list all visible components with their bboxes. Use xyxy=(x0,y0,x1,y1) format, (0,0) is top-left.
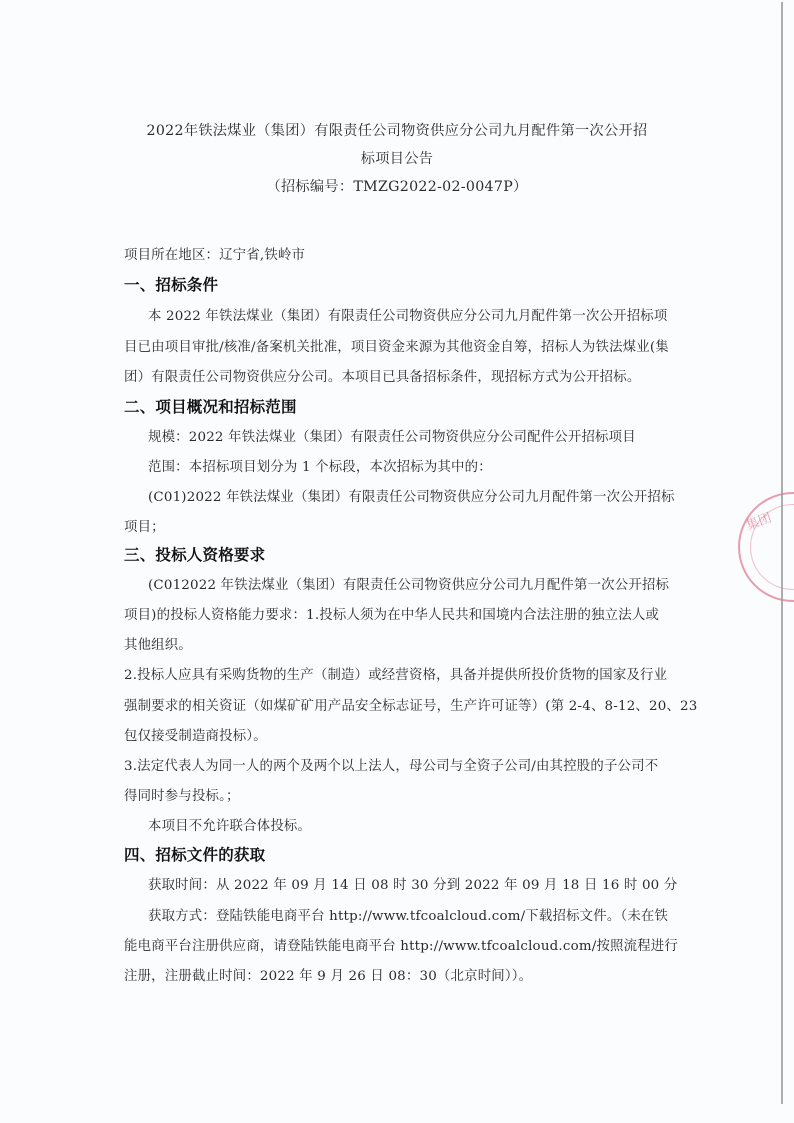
section-1-line: 目已由项目审批/核准/备案机关批准，项目资金来源为其他资金自筹，招标人为铁法煤业… xyxy=(124,338,656,358)
section-4-line: 获取方式：登陆铁能电商平台 http://www.tfcoalcloud.com… xyxy=(148,907,656,927)
section-heading-bidder-qualifications: 三、投标人资格要求 xyxy=(124,545,656,565)
document-page: 2022年铁法煤业（集团）有限责任公司物资供应分公司九月配件第一次公开招 标项目… xyxy=(0,0,794,1123)
section-2-line: 规模：2022 年铁法煤业（集团）有限责任公司物资供应分公司配件公开招标项目 xyxy=(148,428,656,448)
section-2-line: 项目； xyxy=(124,518,656,538)
project-location: 项目所在地区：辽宁省,铁岭市 xyxy=(124,246,656,266)
section-3-line: 本项目不允许联合体投标。 xyxy=(148,817,656,837)
scan-edge-line xyxy=(781,2,783,1104)
section-3-line: 包仅接受制造商投标）。 xyxy=(124,727,656,747)
company-seal-stamp: 集团 xyxy=(738,492,794,602)
section-4-line: 获取时间：从 2022 年 09 月 14 日 08 时 30 分到 2022 … xyxy=(148,876,656,896)
section-1-line: 本 2022 年铁法煤业（集团）有限责任公司物资供应分公司九月配件第一次公开招标… xyxy=(148,307,656,327)
tender-number: （招标编号：TMZG2022-02-0047P） xyxy=(0,177,794,197)
section-heading-bidding-conditions: 一、招标条件 xyxy=(124,275,656,295)
document-title-line-1: 2022年铁法煤业（集团）有限责任公司物资供应分公司九月配件第一次公开招 xyxy=(0,121,794,141)
section-3-line: 项目)的投标人资格能力要求：1.投标人须为在中华人民共和国境内合法注册的独立法人… xyxy=(124,606,656,626)
section-4-line: 能电商平台注册供应商，请登陆铁能电商平台 http://www.tfcoalcl… xyxy=(124,937,656,957)
section-3-line: (C012022 年铁法煤业（集团）有限责任公司物资供应分公司九月配件第一次公开… xyxy=(148,576,656,596)
section-3-line: 强制要求的相关资证（如煤矿矿用产品安全标志证号，生产许可证等）(第 2-4、8-… xyxy=(124,697,656,717)
section-3-line: 3.法定代表人为同一人的两个及两个以上法人，母公司与全资子公司/由其控股的子公司… xyxy=(124,757,656,777)
section-2-line: 范围：本招标项目划分为 1 个标段，本次招标为其中的： xyxy=(148,458,656,478)
section-3-line: 其他组织。 xyxy=(124,636,656,656)
section-1-line: 团）有限责任公司物资供应分公司。本项目已具备招标条件，现招标方式为公开招标。 xyxy=(124,368,656,388)
section-3-line: 得同时参与投标。； xyxy=(124,787,656,807)
section-2-line: (C01)2022 年铁法煤业（集团）有限责任公司物资供应分公司九月配件第一次公… xyxy=(148,488,656,508)
section-heading-obtaining-documents: 四、招标文件的获取 xyxy=(124,845,656,865)
section-heading-project-overview: 二、项目概况和招标范围 xyxy=(124,397,656,417)
section-3-line: 2.投标人应具有采购货物的生产（制造）或经营资格，具备并提供所投价货物的国家及行… xyxy=(124,666,656,686)
section-4-line: 注册，注册截止时间：2022 年 9 月 26 日 08：30（北京时间））。 xyxy=(124,967,656,987)
document-title-line-2: 标项目公告 xyxy=(0,149,794,169)
